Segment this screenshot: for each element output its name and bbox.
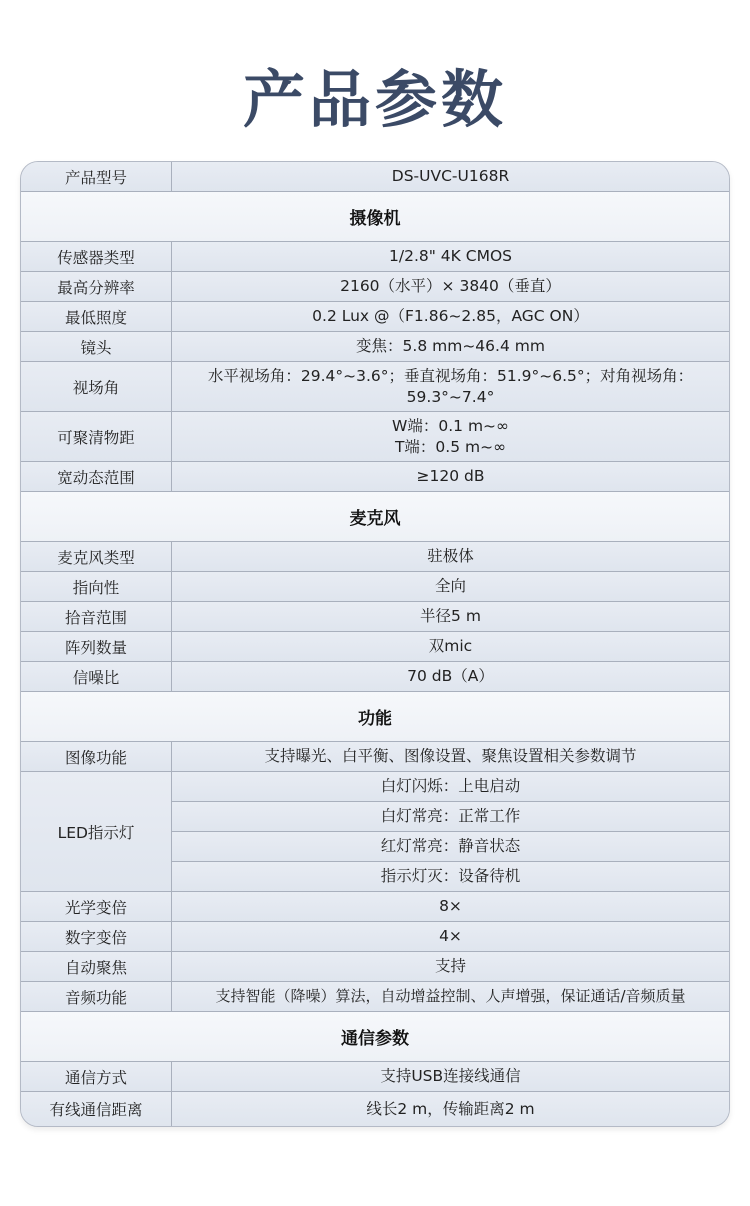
spec-value: 支持智能（降噪）算法，自动增益控制、人声增强，保证通话/音频质量 <box>172 982 729 1011</box>
spec-value: 红灯常亮：静音状态 <box>172 831 729 861</box>
section-camera: 摄像机 <box>21 191 729 241</box>
spec-label: 自动聚焦 <box>21 952 172 981</box>
spec-row: 传感器类型 1/2.8" 4K CMOS <box>21 241 729 271</box>
section-communication: 通信参数 <box>21 1011 729 1061</box>
spec-value: 变焦：5.8 mm~46.4 mm <box>172 332 729 361</box>
spec-row: 信噪比 70 dB（A） <box>21 661 729 691</box>
spec-row: 宽动态范围 ≥120 dB <box>21 461 729 491</box>
spec-row: 可聚清物距 W端：0.1 m~∞ T端：0.5 m~∞ <box>21 411 729 461</box>
spec-value: 4× <box>172 922 729 951</box>
spec-row: 镜头 变焦：5.8 mm~46.4 mm <box>21 331 729 361</box>
spec-value: 指示灯灭：设备待机 <box>172 861 729 891</box>
section-function: 功能 <box>21 691 729 741</box>
spec-value: 70 dB（A） <box>172 662 729 691</box>
spec-label: 麦克风类型 <box>21 542 172 571</box>
spec-row: 通信方式 支持USB连接线通信 <box>21 1061 729 1091</box>
section-heading: 麦克风 <box>21 492 729 541</box>
spec-label: 最高分辨率 <box>21 272 172 301</box>
spec-label: 信噪比 <box>21 662 172 691</box>
spec-label: 光学变倍 <box>21 892 172 921</box>
spec-value: 驻极体 <box>172 542 729 571</box>
spec-label: 阵列数量 <box>21 632 172 661</box>
spec-label: 有线通信距离 <box>21 1092 172 1126</box>
spec-row: 数字变倍 4× <box>21 921 729 951</box>
spec-value: 1/2.8" 4K CMOS <box>172 242 729 271</box>
spec-value: ≥120 dB <box>172 462 729 491</box>
section-heading: 摄像机 <box>21 192 729 241</box>
spec-value: 白灯闪烁：上电启动 <box>172 772 729 801</box>
spec-label: 数字变倍 <box>21 922 172 951</box>
led-values: 白灯闪烁：上电启动 白灯常亮：正常工作 红灯常亮：静音状态 指示灯灭：设备待机 <box>172 772 729 891</box>
spec-value-line: 59.3°~7.4° <box>407 387 495 408</box>
spec-row-model: 产品型号 DS-UVC-U168R <box>21 162 729 191</box>
spec-label: 最低照度 <box>21 302 172 331</box>
spec-label: 宽动态范围 <box>21 462 172 491</box>
spec-label: 通信方式 <box>21 1062 172 1091</box>
spec-row: 麦克风类型 驻极体 <box>21 541 729 571</box>
spec-value: 支持 <box>172 952 729 981</box>
spec-label: 产品型号 <box>21 162 172 191</box>
spec-label: 拾音范围 <box>21 602 172 631</box>
spec-label: 图像功能 <box>21 742 172 771</box>
section-heading: 功能 <box>21 692 729 741</box>
spec-value: 全向 <box>172 572 729 601</box>
spec-value: 白灯常亮：正常工作 <box>172 801 729 831</box>
spec-value: 支持曝光、白平衡、图像设置、聚焦设置相关参数调节 <box>172 742 729 771</box>
spec-row-led: LED指示灯 白灯闪烁：上电启动 白灯常亮：正常工作 红灯常亮：静音状态 指示灯… <box>21 771 729 891</box>
spec-row: 最高分辨率 2160（水平）× 3840（垂直） <box>21 271 729 301</box>
spec-value: 双mic <box>172 632 729 661</box>
spec-value: 半径5 m <box>172 602 729 631</box>
spec-row: 视场角 水平视场角：29.4°~3.6°；垂直视场角：51.9°~6.5°；对角… <box>21 361 729 411</box>
spec-row: 自动聚焦 支持 <box>21 951 729 981</box>
spec-value: 线长2 m，传输距离2 m <box>172 1092 729 1126</box>
spec-row: 最低照度 0.2 Lux @（F1.86~2.85，AGC ON） <box>21 301 729 331</box>
spec-value: 2160（水平）× 3840（垂直） <box>172 272 729 301</box>
spec-value-line: W端：0.1 m~∞ <box>392 416 509 437</box>
spec-label: 视场角 <box>21 362 172 411</box>
spec-label: 镜头 <box>21 332 172 361</box>
spec-row: 阵列数量 双mic <box>21 631 729 661</box>
spec-value: 0.2 Lux @（F1.86~2.85，AGC ON） <box>172 302 729 331</box>
section-heading: 通信参数 <box>21 1012 729 1061</box>
spec-row: 图像功能 支持曝光、白平衡、图像设置、聚焦设置相关参数调节 <box>21 741 729 771</box>
page-title: 产品参数 <box>0 62 750 138</box>
spec-row: 指向性 全向 <box>21 571 729 601</box>
spec-row: 拾音范围 半径5 m <box>21 601 729 631</box>
section-microphone: 麦克风 <box>21 491 729 541</box>
spec-row: 有线通信距离 线长2 m，传输距离2 m <box>21 1091 729 1126</box>
spec-value: DS-UVC-U168R <box>172 162 729 191</box>
spec-value: 支持USB连接线通信 <box>172 1062 729 1091</box>
spec-value: 水平视场角：29.4°~3.6°；垂直视场角：51.9°~6.5°；对角视场角：… <box>172 362 729 411</box>
spec-label: LED指示灯 <box>21 772 172 891</box>
spec-value-line: 水平视场角：29.4°~3.6°；垂直视场角：51.9°~6.5°；对角视场角： <box>208 366 693 387</box>
spec-value: W端：0.1 m~∞ T端：0.5 m~∞ <box>172 412 729 461</box>
spec-value: 8× <box>172 892 729 921</box>
spec-row: 音频功能 支持智能（降噪）算法，自动增益控制、人声增强，保证通话/音频质量 <box>21 981 729 1011</box>
spec-value-line: T端：0.5 m~∞ <box>395 437 506 458</box>
spec-label: 音频功能 <box>21 982 172 1011</box>
spec-row: 光学变倍 8× <box>21 891 729 921</box>
spec-label: 指向性 <box>21 572 172 601</box>
spec-label: 可聚清物距 <box>21 412 172 461</box>
spec-label: 传感器类型 <box>21 242 172 271</box>
spec-table: 产品型号 DS-UVC-U168R 摄像机 传感器类型 1/2.8" 4K CM… <box>20 161 730 1127</box>
